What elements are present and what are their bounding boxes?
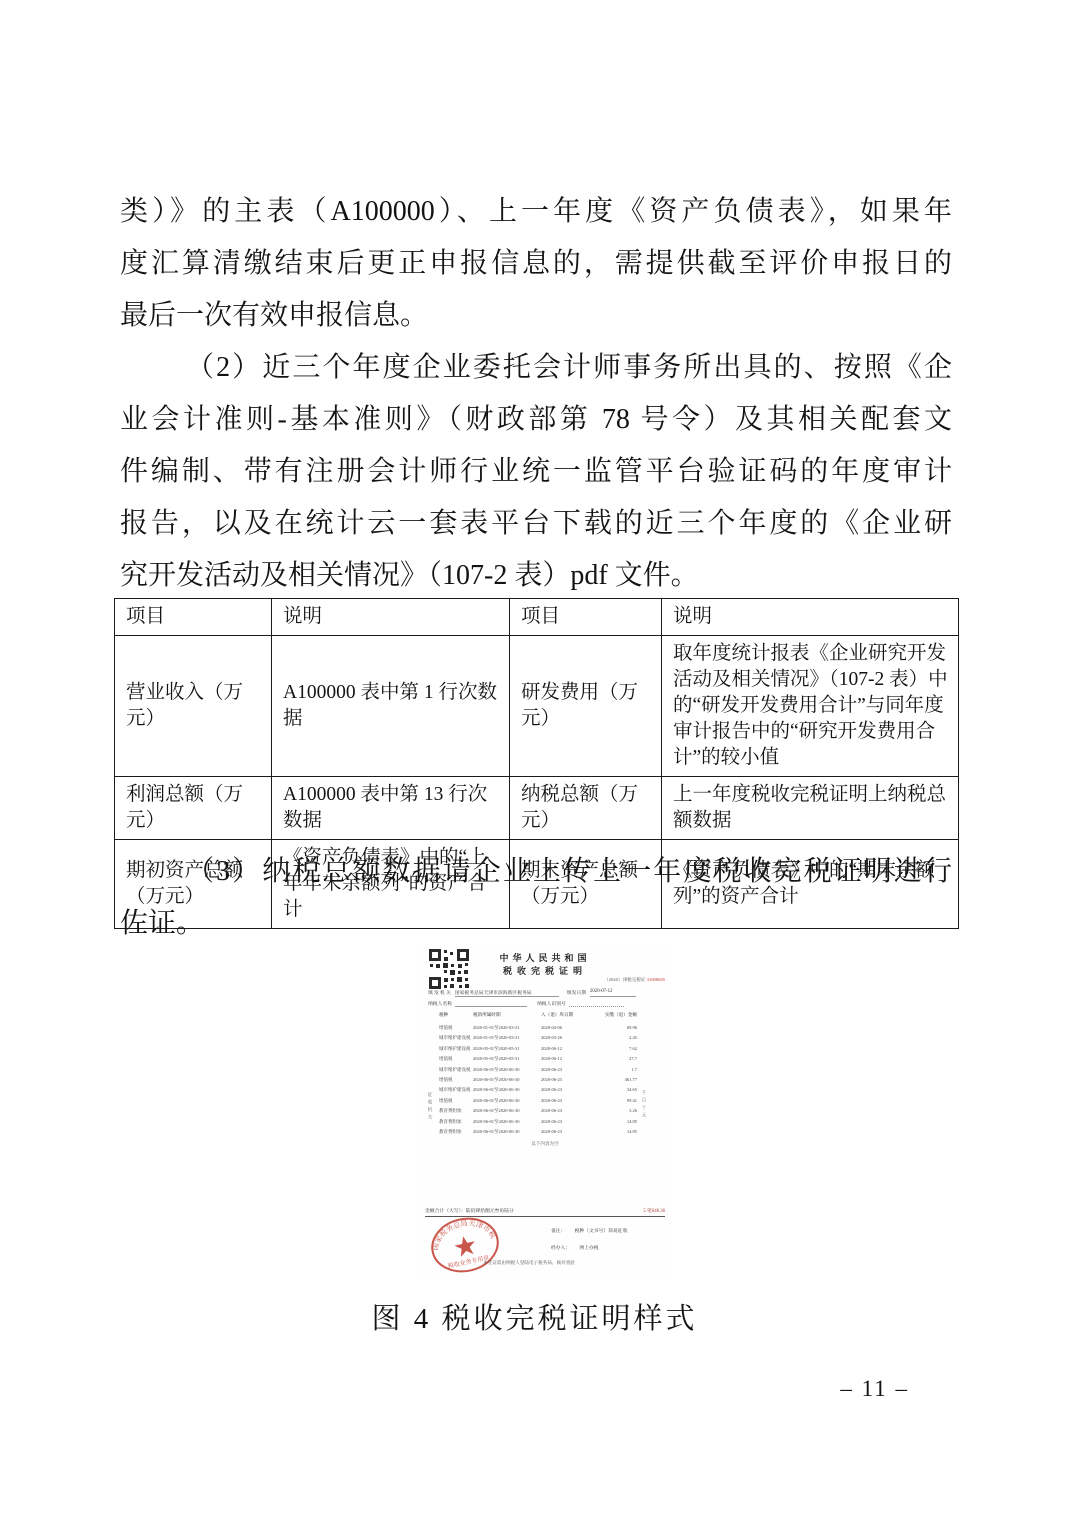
- cert-table-cell: 7.62: [601, 1044, 669, 1054]
- col-header: 说明: [272, 599, 510, 636]
- cert-table-cell: 2020-03-26: [541, 1033, 601, 1043]
- cert-table-row: 增值税2020-05-01至2020-05-312020-06-1227.7: [421, 1054, 669, 1064]
- cert-table-cell: 2020-06-12: [541, 1044, 601, 1054]
- cert-left-vertical-label: 征收机关: [427, 1092, 433, 1122]
- table-cell: 取年度统计报表《企业研究开发活动及相关情况》（107-2 表）中的“研发开发费用…: [662, 636, 959, 777]
- issue-date-value: 2020-07-12: [590, 989, 636, 997]
- cert-table-row: 增值税2020-06-01至2020-06-302020-06-23461.77: [421, 1075, 669, 1085]
- cert-table-cell: 2020-06-01至2020-06-30: [473, 1065, 541, 1075]
- cert-table-cell: 461.77: [601, 1075, 669, 1085]
- cert-table-header: 税种 税款所属时期 入（退）库日期 实缴（退）金额: [421, 1012, 669, 1018]
- certificate-number-prefix: （2020）津税完税证: [604, 977, 645, 982]
- cert-table-row: 增值税2020-01-01至2020-03-312020-04-0669.96: [421, 1023, 669, 1033]
- cert-table-cell: 教育费附加: [421, 1127, 473, 1137]
- cert-table-cell: 2020-05-01至2020-05-31: [473, 1054, 541, 1064]
- cert-col-header: 实缴（退）金额: [601, 1012, 669, 1018]
- issuer-label: 填 发 机 关: [428, 989, 451, 997]
- paragraph-1: 类）》的主表（A100000）、上一年度《资产负债表》，如果年 度汇算清缴结束后…: [120, 186, 952, 342]
- cert-table-cell: 3.26: [601, 1106, 669, 1116]
- cert-table-cell: 2020-06-01至2020-06-30: [473, 1075, 541, 1085]
- cert-empty-note: 以下内容为空: [421, 1141, 669, 1147]
- cert-total-label: 金额合计（大写）：陆佰肆拾捌元叁角陆分: [425, 1207, 514, 1214]
- cert-total-value: 5 笔648.36: [643, 1207, 665, 1214]
- text-line: 最后一次有效申报信息。: [120, 290, 952, 342]
- cert-table-cell: 2020-06-23: [541, 1127, 601, 1137]
- text-line: 佐证。: [120, 898, 952, 950]
- cert-table-cell: 99.41: [601, 1096, 669, 1106]
- table-row: 利润总额（万元） A100000 表中第 13 行次数据 纳税总额（万元） 上一…: [115, 777, 959, 840]
- certificate-title-country: 中华人民共和国: [421, 951, 669, 964]
- cert-table-cell: 2020-06-23: [541, 1096, 601, 1106]
- cert-table-row: 城市维护建设税2020-05-01至2020-05-312020-06-127.…: [421, 1044, 669, 1054]
- table-cell: 研发费用（万元）: [510, 636, 662, 777]
- cert-table-cell: 2020-06-01至2020-06-30: [473, 1085, 541, 1095]
- cert-table-cell: 2020-06-01至2020-06-30: [473, 1117, 541, 1127]
- cert-table-row: 增值税2020-06-01至2020-06-302020-06-2399.41: [421, 1096, 669, 1106]
- cert-table-cell: 增值税: [421, 1075, 473, 1085]
- text-line: 度汇算清缴结束后更正申报信息的，需提供截至评价申报日的: [120, 238, 952, 290]
- cert-table-cell: 69.96: [601, 1023, 669, 1033]
- cert-table-cell: 增值税: [421, 1023, 473, 1033]
- cert-col-header: 税种: [421, 1012, 473, 1018]
- cert-footer-note: 本凭证需由纳税人登陆电子税务局、核对查验: [483, 1260, 575, 1266]
- cert-col-header: 税款所属时期: [473, 1012, 541, 1018]
- table-header-row: 项目 说明 项目 说明: [115, 599, 959, 636]
- red-stamp-icon: 国家税务总局天津市税务局 税收业务专用章: [424, 1209, 506, 1281]
- operator-label: 经办人：: [551, 1246, 570, 1251]
- text-line: 报告，以及在统计云一套表平台下载的近三个年度的《企业研: [120, 498, 952, 550]
- cert-table-cell: 增值税: [421, 1054, 473, 1064]
- table-cell: 上一年度税收完税证明上纳税总额数据: [662, 777, 959, 840]
- cert-operator-row: 经办人： 网上办税: [551, 1244, 599, 1251]
- remark-label: 备注：: [551, 1229, 565, 1234]
- cert-table-cell: 2020-06-23: [541, 1085, 601, 1095]
- col-header: 项目: [510, 599, 662, 636]
- cert-table-cell: 2020-06-23: [541, 1065, 601, 1075]
- page-number: – 11 –: [840, 1376, 909, 1402]
- issuer-value: 国家税务总局天津市滨海新区税务局: [455, 989, 559, 997]
- text-line: 业会计准则-基本准则》（财政部第 78 号令）及其相关配套文: [120, 394, 952, 446]
- taxpayer-id-label: 纳税人识别号: [537, 1000, 566, 1007]
- cert-table-cell: 城市维护建设税: [421, 1033, 473, 1043]
- cert-table-cell: 2020-06-01至2020-06-30: [473, 1127, 541, 1137]
- text-line: （2）近三个年度企业委托会计师事务所出具的、按照《企: [120, 342, 952, 394]
- tax-certificate-image: 中华人民共和国 税收完税证明 （2020）津税完税证 31000045 填 发 …: [421, 944, 669, 1276]
- remark-value: 税种（文书号）简易征收: [575, 1229, 628, 1234]
- table-cell: A100000 表中第 1 行次数据: [272, 636, 510, 777]
- certificate-number: （2020）津税完税证 31000045: [604, 977, 665, 983]
- table-cell: 营业收入（万元）: [115, 636, 272, 777]
- paragraph-2: （2）近三个年度企业委托会计师事务所出具的、按照《企 业会计准则-基本准则》（财…: [120, 342, 952, 602]
- cert-table-row: 城市维护建设税2020-06-01至2020-06-302020-06-2334…: [421, 1085, 669, 1095]
- cert-table-cell: 2020-06-23: [541, 1075, 601, 1085]
- cert-table-cell: 2020-05-01至2020-05-31: [473, 1044, 541, 1054]
- cert-table-row: 城市维护建设税2020-01-01至2020-03-312020-03-262.…: [421, 1033, 669, 1043]
- cert-table-cell: 2020-06-23: [541, 1106, 601, 1116]
- cert-table-cell: 2020-06-01至2020-06-30: [473, 1106, 541, 1116]
- issuer-row: 填 发 机 关 国家税务总局天津市滨海新区税务局 填发日期 2020-07-12: [428, 989, 665, 997]
- table-row: 营业收入（万元） A100000 表中第 1 行次数据 研发费用（万元） 取年度…: [115, 636, 959, 777]
- operator-value: 网上办税: [579, 1246, 598, 1251]
- cert-table-cell: 2020-04-06: [541, 1023, 601, 1033]
- cert-table-row: 教育费附加2020-06-01至2020-06-302020-06-2314.8…: [421, 1127, 669, 1137]
- text-line: （3）纳税总额数据请企业上传上一年度税收完税证明进行: [120, 846, 952, 898]
- cert-table-cell: 2020-01-01至2020-03-31: [473, 1023, 541, 1033]
- cert-right-vertical-label: 千百十元: [641, 1090, 647, 1120]
- text-line: 类）》的主表（A100000）、上一年度《资产负债表》，如果年: [120, 186, 952, 238]
- cert-table-cell: 2020-06-12: [541, 1054, 601, 1064]
- document-page: 类）》的主表（A100000）、上一年度《资产负债表》，如果年 度汇算清缴结束后…: [0, 0, 1069, 1520]
- cert-table-cell: 2020-06-01至2020-06-30: [473, 1096, 541, 1106]
- paragraph-3: （3）纳税总额数据请企业上传上一年度税收完税证明进行 佐证。: [120, 846, 952, 950]
- certificate-number-value: 31000045: [647, 977, 665, 982]
- table-cell: A100000 表中第 13 行次数据: [272, 777, 510, 840]
- col-header: 项目: [115, 599, 272, 636]
- cert-table-cell: 34.65: [601, 1085, 669, 1095]
- cert-col-header: 入（退）库日期: [541, 1012, 601, 1018]
- table-cell: 利润总额（万元）: [115, 777, 272, 840]
- taxpayer-name-label: 纳税人名称: [428, 1000, 452, 1007]
- cert-table-cell: 2020-06-23: [541, 1117, 601, 1127]
- cert-table-row: 教育费附加2020-06-01至2020-06-302020-06-233.26: [421, 1106, 669, 1116]
- certificate-title: 税收完税证明: [421, 964, 669, 977]
- issue-date-label: 填发日期: [567, 989, 586, 997]
- cert-table-cell: 14.85: [601, 1117, 669, 1127]
- cert-table-cell: 27.7: [601, 1054, 669, 1064]
- cert-remark-row: 备注： 税种（文书号）简易征收: [551, 1227, 627, 1234]
- cert-table-cell: 1.7: [601, 1065, 669, 1075]
- cert-table-row: 城市维护建设税2020-06-01至2020-06-302020-06-231.…: [421, 1065, 669, 1075]
- figure-caption: 图 4 税收完税证明样式: [0, 1296, 1069, 1337]
- taxpayer-row: 纳税人名称 纳税人识别号: [428, 1000, 665, 1007]
- body-text: 类）》的主表（A100000）、上一年度《资产负债表》，如果年 度汇算清缴结束后…: [120, 186, 952, 602]
- table-cell: 纳税总额（万元）: [510, 777, 662, 840]
- col-header: 说明: [662, 599, 959, 636]
- cert-table-cell: 城市维护建设税: [421, 1044, 473, 1054]
- cert-table-cell: 2020-01-01至2020-03-31: [473, 1033, 541, 1043]
- cert-table-cell: 城市维护建设税: [421, 1065, 473, 1075]
- text-line: 件编制、带有注册会计师行业统一监管平台验证码的年度审计: [120, 446, 952, 498]
- text-line: 究开发活动及相关情况》（107-2 表）pdf 文件。: [120, 550, 952, 602]
- cert-table-row: 教育费附加2020-06-01至2020-06-302020-06-2314.8…: [421, 1117, 669, 1127]
- cert-table-cell: 14.85: [601, 1127, 669, 1137]
- cert-table-cell: 2.45: [601, 1033, 669, 1043]
- cert-table-rows: 增值税2020-01-01至2020-03-312020-04-0669.96城…: [421, 1023, 669, 1137]
